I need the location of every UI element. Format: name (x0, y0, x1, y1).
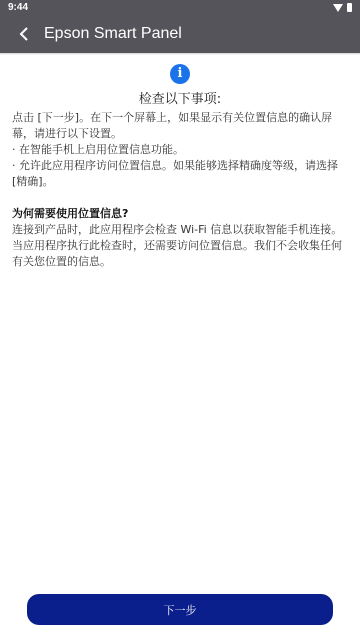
page-heading: 检查以下事项: (0, 88, 360, 107)
status-icons (333, 3, 352, 12)
info-icon: i (170, 64, 190, 84)
section-body: 连接到产品时，此应用程序会检查 Wi-Fi 信息以获取智能手机连接。当应用程序执… (12, 222, 348, 270)
status-time: 9:44 (8, 2, 28, 13)
wifi-icon (333, 4, 343, 12)
status-bar: 9:44 (0, 0, 360, 16)
instruction-step-2: · 允许此应用程序访问位置信息。如果能够选择精确度等级，请选择 [精确]。 (12, 158, 348, 190)
instruction-intro: 点击 [下一步]。在下一个屏幕上，如果显示有关位置信息的确认屏幕，请进行以下设置… (12, 110, 348, 142)
next-button[interactable]: 下一步 (27, 594, 333, 625)
app-title: Epson Smart Panel (44, 25, 182, 43)
back-button[interactable] (12, 22, 36, 46)
battery-icon (347, 3, 352, 12)
instruction-step-1: · 在智能手机上启用位置信息功能。 (12, 142, 348, 158)
section-title: 为何需要使用位置信息? (12, 206, 348, 222)
app-bar-shadow (0, 53, 360, 55)
instructions: 点击 [下一步]。在下一个屏幕上，如果显示有关位置信息的确认屏幕，请进行以下设置… (12, 110, 348, 270)
app-bar: Epson Smart Panel (0, 16, 360, 53)
chevron-left-icon (18, 27, 30, 41)
